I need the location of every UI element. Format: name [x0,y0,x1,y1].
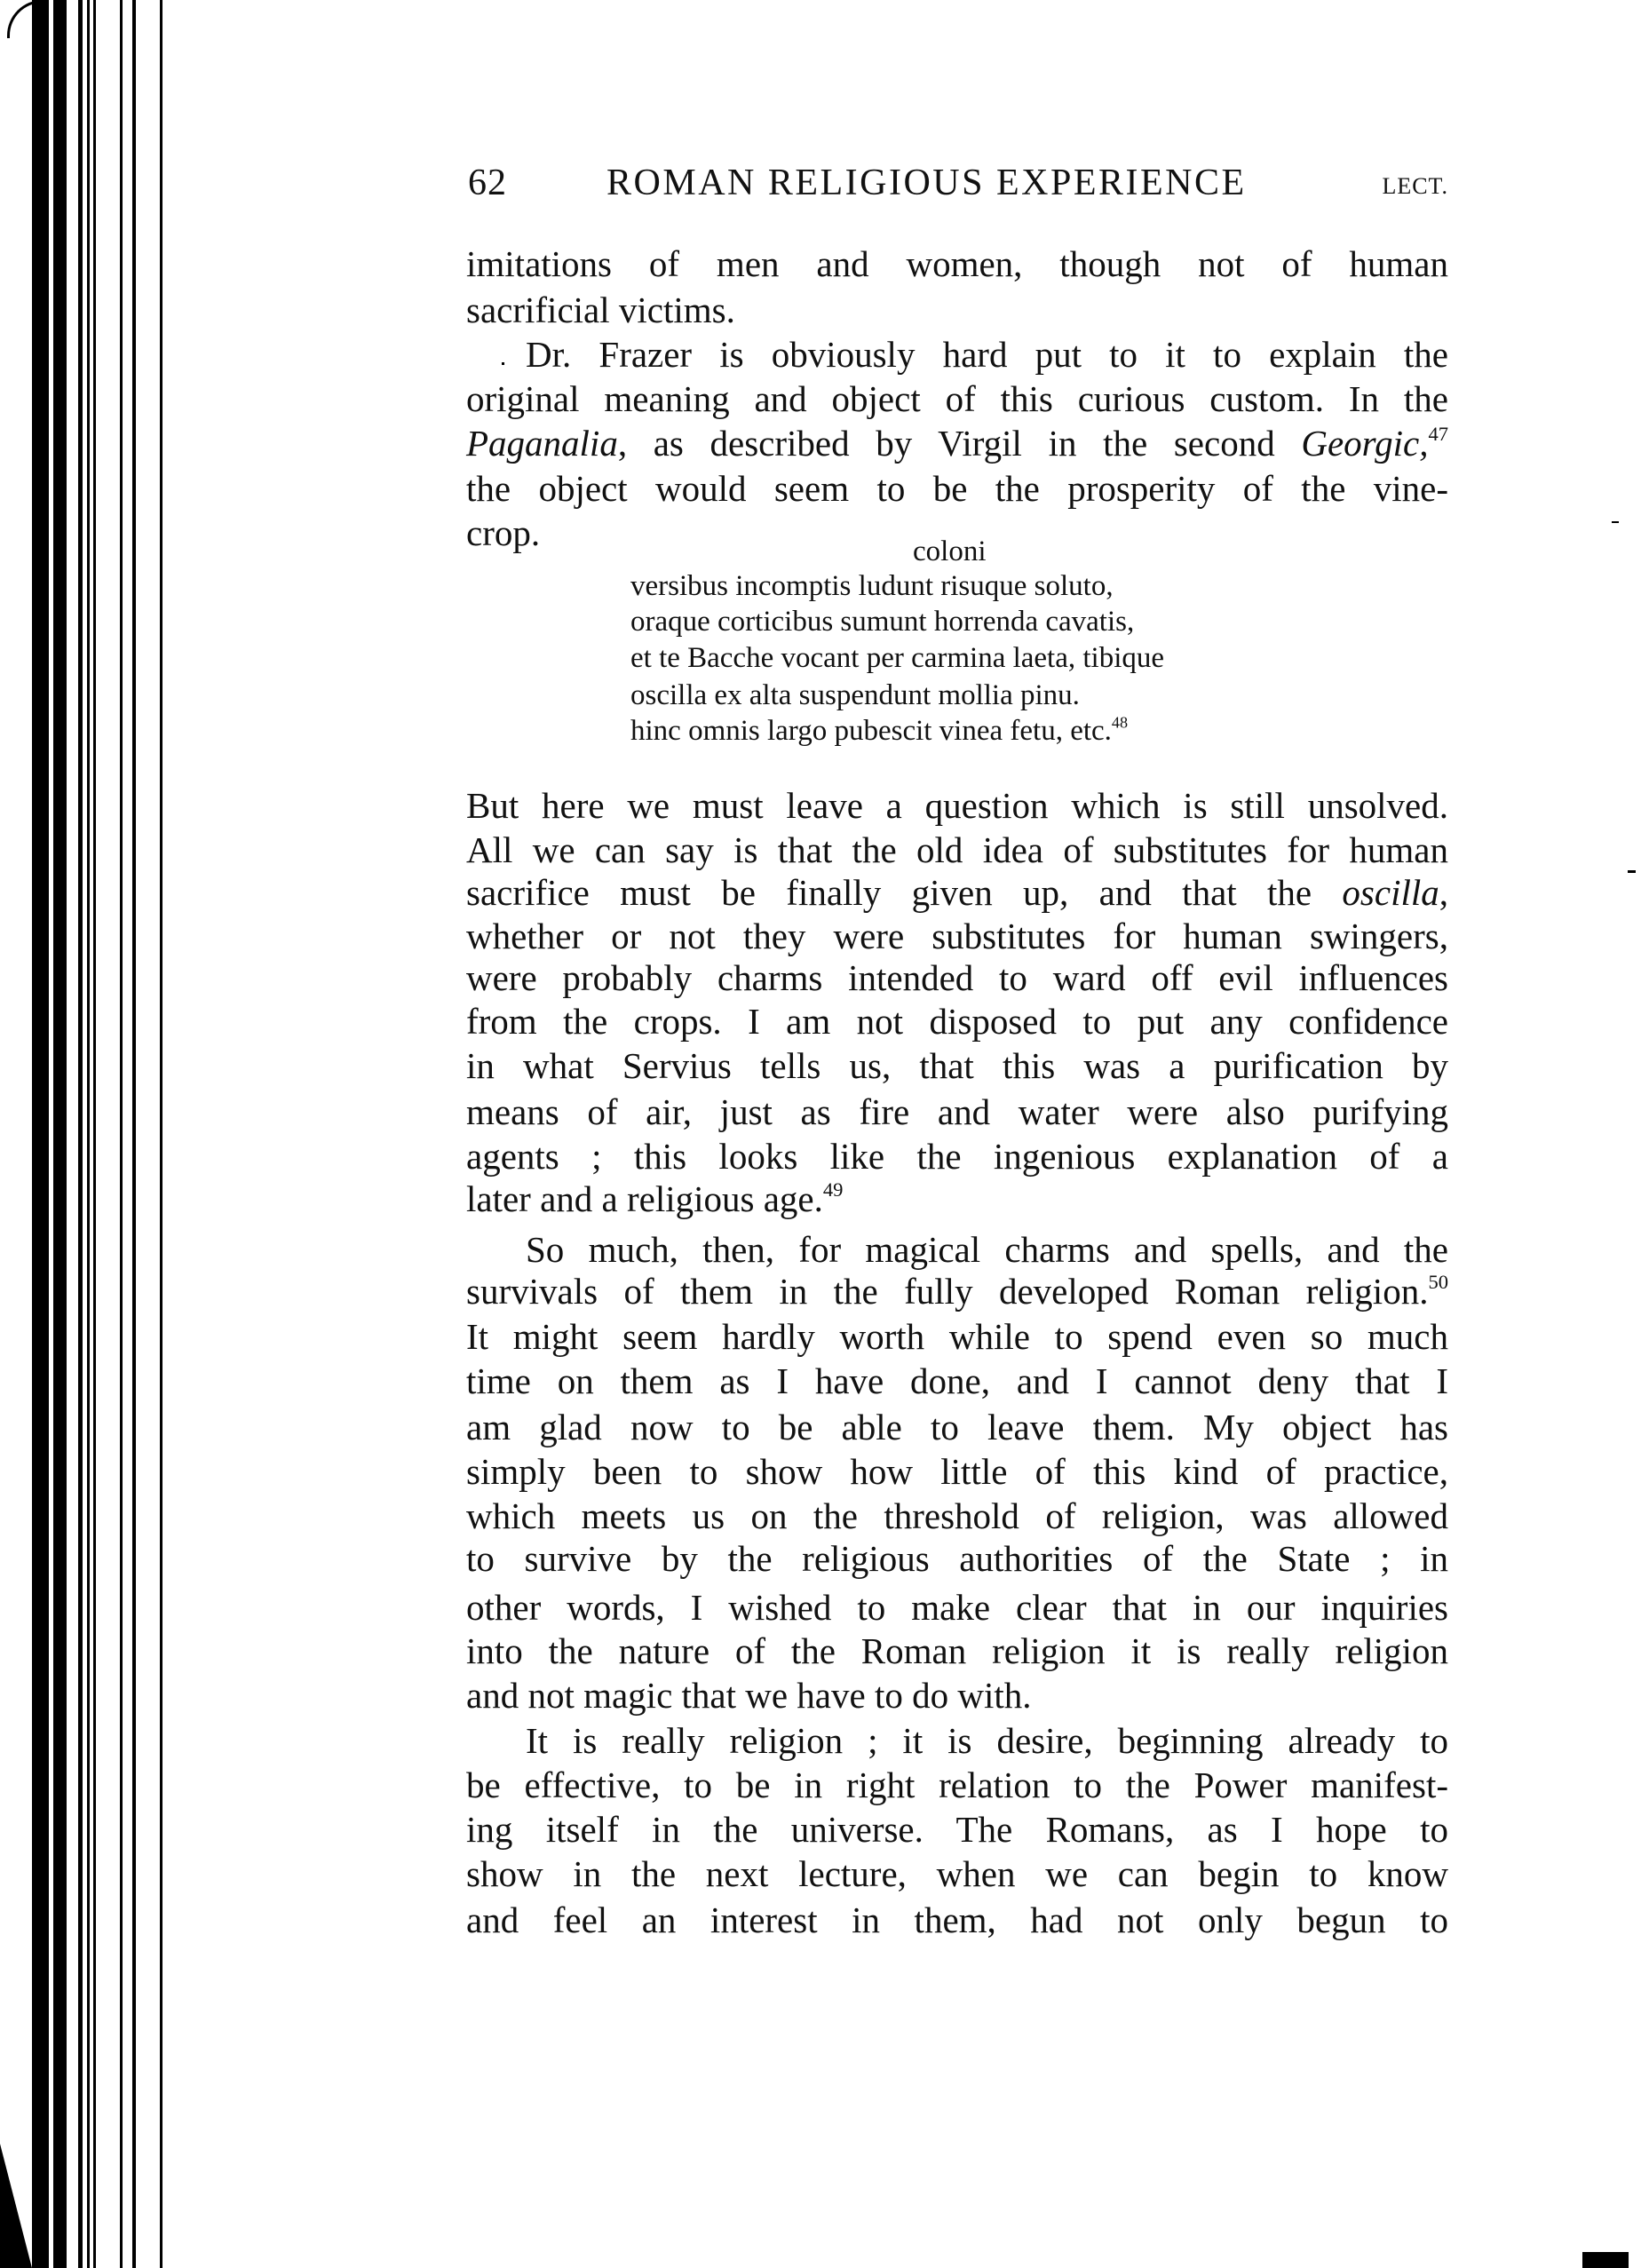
text-line: am glad now to be able to leave them. My… [466,1405,1448,1449]
verse-line: coloni [913,534,986,570]
verse-line: versibus incomptis ludunt risuque soluto… [630,568,1114,605]
scan-speck [1628,870,1636,873]
section-marker: LECT. [1382,163,1448,210]
text-line: into the nature of the Roman religion it… [466,1629,1448,1673]
text-line: be effective, to be in right relation to… [466,1763,1448,1807]
footnote-ref-50[interactable]: 50 [1428,1271,1448,1293]
italic-term: oscilla [1342,872,1439,913]
footnote-ref-49[interactable]: 49 [823,1178,844,1201]
text-line: from the crops. I am not disposed to put… [466,999,1448,1043]
text-span: hinc omnis largo pubescit vinea fetu, et… [630,715,1112,747]
scanned-book-spine-edge [0,0,178,2268]
text-line: agents ; this looks like the ingenious e… [466,1134,1448,1178]
text-line: were probably charms intended to ward of… [466,956,1448,1000]
text-line: which meets us on the threshold of relig… [466,1494,1448,1538]
text-line: and feel an interest in them, had not on… [466,1898,1448,1942]
text-span: survivals of them in the fully developed… [466,1271,1428,1312]
text-line: the object would seem to be the prosperi… [466,466,1448,511]
footnote-ref-48[interactable]: 48 [1112,713,1128,731]
text-span: , as described by Virgil in the second [618,423,1302,464]
text-line: in what Servius tells us, that this was … [466,1043,1448,1088]
text-line: But here we must leave a question which … [466,783,1448,828]
verse-line: oscilla ex alta suspendunt mollia pinu. [630,678,1080,714]
text-line: time on them as I have done, and I canno… [466,1359,1448,1403]
running-header: 62 ROMAN RELIGIOUS EXPERIENCE LECT. [466,160,1448,206]
text-line: later and a religious age.49 [466,1177,1448,1221]
text-line: It might seem hardly worth while to spen… [466,1314,1448,1359]
text-line: sacrificial victims. [466,288,1448,332]
text-line: All we can say is that the old idea of s… [466,828,1448,872]
text-line: survivals of them in the fully developed… [466,1269,1448,1313]
scan-speck [502,362,504,365]
text-line: ing itself in the universe. The Romans, … [466,1807,1448,1852]
italic-title: Georgic, [1301,423,1428,464]
text-span: , [1439,872,1448,913]
text-span: sacrifice must be finally given up, and … [466,872,1342,913]
running-title: ROMAN RELIGIOUS EXPERIENCE [606,160,1247,206]
text-line: Dr. Frazer is obviously hard put to it t… [526,332,1448,377]
text-line: It is really religion ; it is desire, be… [526,1718,1448,1763]
text-line: original meaning and object of this curi… [466,377,1448,421]
text-line: sacrifice must be finally given up, and … [466,870,1448,915]
scan-corner-mark [1582,2252,1629,2268]
text-line: simply been to show how little of this k… [466,1449,1448,1494]
italic-term: Paganalia [466,423,618,464]
footnote-ref-47[interactable]: 47 [1428,423,1448,445]
scan-speck [1612,521,1619,523]
text-line: to survive by the religious authorities … [466,1536,1448,1581]
text-line: So much, then, for magical charms and sp… [526,1227,1448,1272]
verse-line: et te Bacche vocant per carmina laeta, t… [630,640,1164,677]
scan-shadow-wedge [0,2144,32,2268]
text-line: Paganalia, as described by Virgil in the… [466,421,1448,465]
text-line: other words, I wished to make clear that… [466,1585,1448,1630]
verse-line: hinc omnis largo pubescit vinea fetu, et… [630,713,1128,749]
verse-line: oraque corticibus sumunt horrenda cavati… [630,604,1134,640]
text-line: imitations of men and women, though not … [466,242,1448,286]
text-span: later and a religious age. [466,1178,823,1219]
text-line: means of air, just as fire and water wer… [466,1090,1448,1134]
text-line: show in the next lecture, when we can be… [466,1852,1448,1896]
text-line: whether or not they were substitutes for… [466,914,1448,958]
text-line: and not magic that we have to do with. [466,1673,1448,1717]
page-number: 62 [468,160,507,206]
